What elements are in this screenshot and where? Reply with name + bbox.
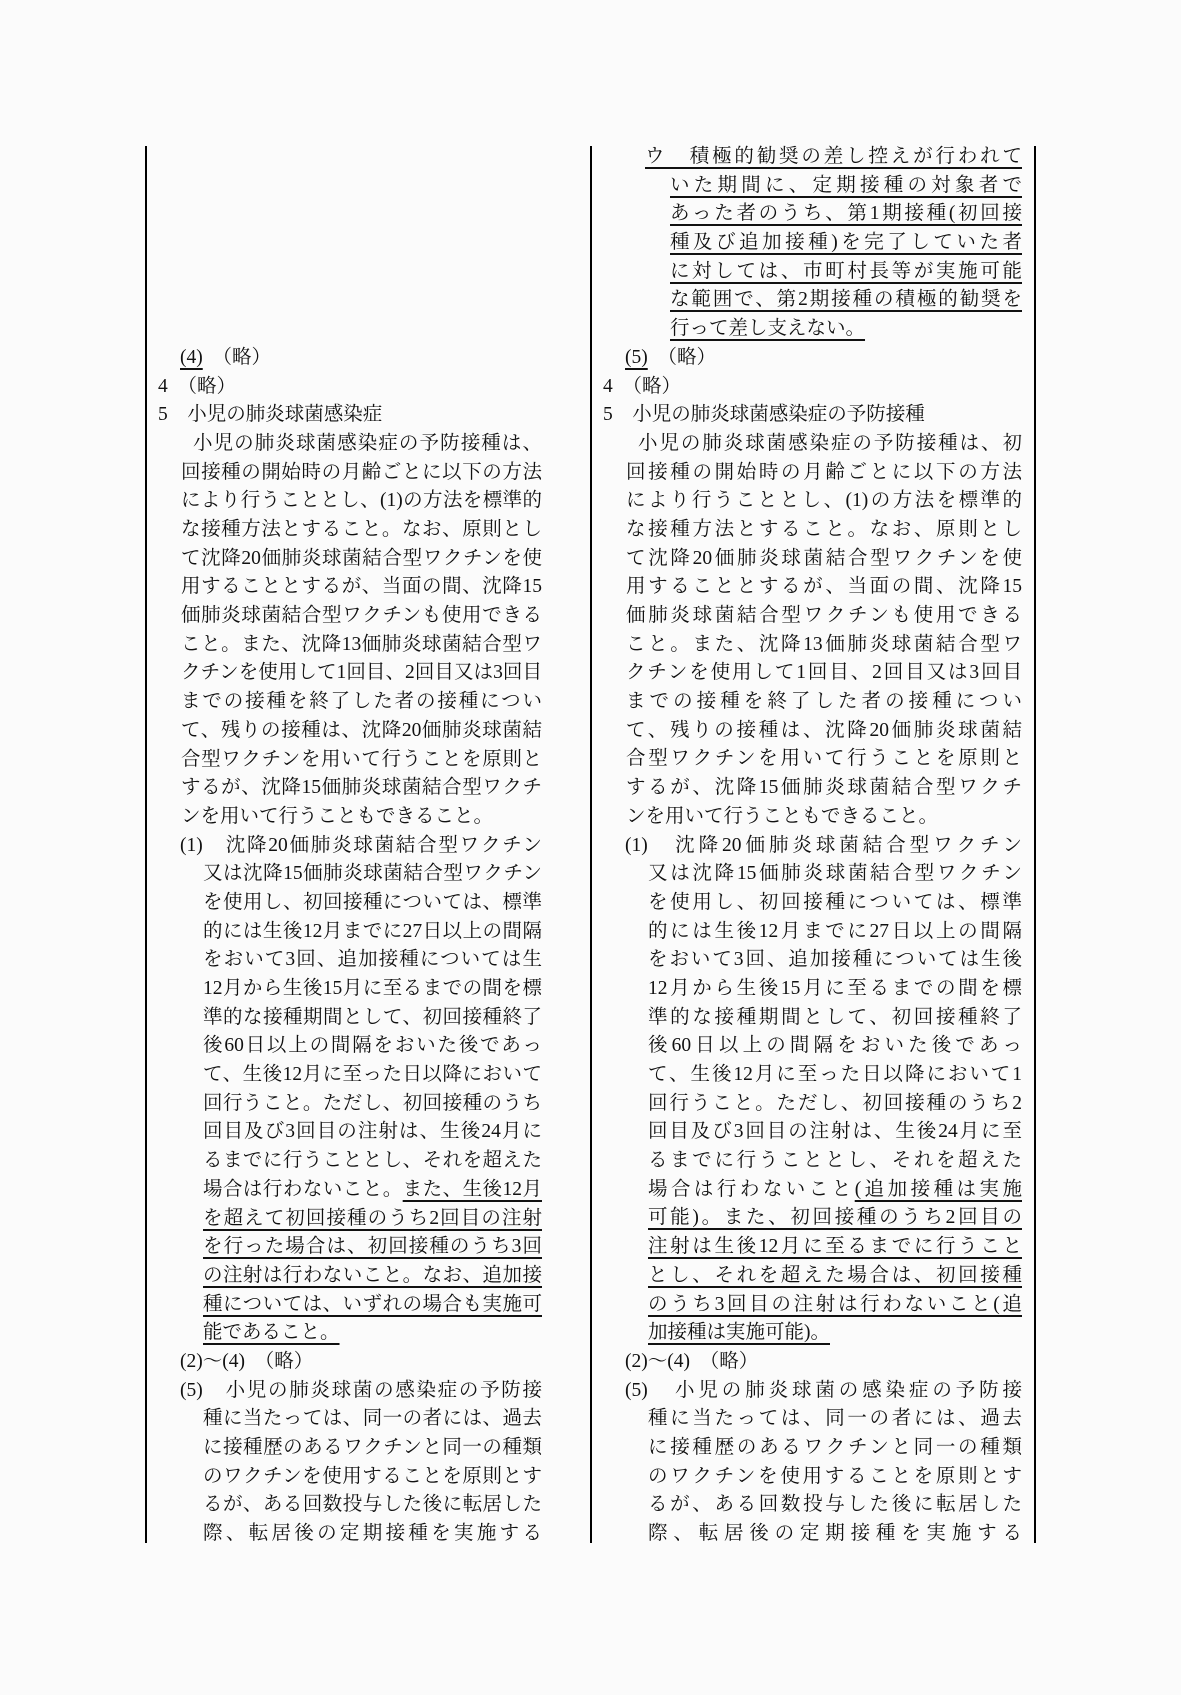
text-line: を使用し、初回接種については、標準 bbox=[591, 889, 1035, 918]
text-line: (1) 沈降20価肺炎球菌結合型ワクチン bbox=[146, 832, 591, 861]
text-line: 際、転居後の定期接種を実施する bbox=[591, 1520, 1035, 1549]
underlined-text-segment: 行って差し支えない。 bbox=[670, 318, 865, 339]
text-segment: 際、転居後の定期接種を実施する bbox=[648, 1523, 1022, 1544]
text-segment: るまでに行うこととし、それを超えた bbox=[203, 1150, 542, 1171]
underlined-text-segment: に対しては、市町村長等が実施可能 bbox=[670, 261, 1022, 282]
text-line: て、生後12月に至った日以降において1 bbox=[146, 1061, 591, 1090]
text-line: て、残りの接種は、沈降20価肺炎球菌結 bbox=[146, 717, 591, 746]
text-segment: るが、ある回数投与した後に転居した bbox=[203, 1494, 542, 1515]
text-line: するが、沈降15価肺炎球菌結合型ワクチ bbox=[146, 774, 591, 803]
text-line: るが、ある回数投与した後に転居した bbox=[591, 1491, 1035, 1520]
text-line: (5) （略） bbox=[591, 344, 1035, 373]
text-line: (2)〜(4) （略） bbox=[146, 1348, 591, 1377]
text-segment: 4 （略） bbox=[603, 376, 681, 397]
text-segment: て、残りの接種は、沈降20価肺炎球菌結 bbox=[181, 720, 542, 741]
text-segment: までの接種を終了した者の接種につい bbox=[181, 691, 542, 712]
underlined-text-segment: な範囲で、第2期接種の積極的勧奨を bbox=[670, 289, 1022, 310]
underlined-text-segment: 種及び追加接種)を完了していた者 bbox=[670, 232, 1022, 253]
text-line: 種に当たっては、同一の者には、過去 bbox=[591, 1405, 1035, 1434]
text-segment: ンを用いて行うこともできること。 bbox=[181, 806, 493, 827]
text-segment: 価肺炎球菌結合型ワクチンも使用できる bbox=[181, 605, 542, 626]
text-segment: 価肺炎球菌結合型ワクチンも使用できる bbox=[626, 605, 1022, 626]
text-segment: により行うこととし、(1)の方法を標準的 bbox=[181, 490, 542, 511]
text-line: をおいて3回、追加接種については生後 bbox=[591, 946, 1035, 975]
text-segment: までの接種を終了した者の接種につい bbox=[626, 691, 1022, 712]
text-segment: 12月から生後15月に至るまでの間を標 bbox=[203, 978, 542, 999]
underlined-text-segment: (4) bbox=[180, 347, 203, 368]
text-segment: 際、転居後の定期接種を実施する bbox=[203, 1523, 542, 1544]
text-segment: (1) 沈降20価肺炎球菌結合型ワクチン bbox=[625, 835, 1022, 856]
text-line: て、残りの接種は、沈降20価肺炎球菌結 bbox=[591, 717, 1035, 746]
text-segment: 12月から生後15月に至るまでの間を標 bbox=[648, 978, 1022, 999]
text-line: あった者のうち、第1期接種(初回接 bbox=[591, 200, 1035, 229]
text-segment: 種に当たっては、同一の者には、過去 bbox=[203, 1408, 542, 1429]
underlined-text-segment: ウ 積極的勧奨の差し控えが行われて bbox=[645, 146, 1022, 167]
underlined-text-segment: を超えて初回接種のうち2回目の注射 bbox=[203, 1208, 542, 1229]
text-line: 4 （略） bbox=[591, 373, 1035, 402]
text-line: 回接種の開始時の月齢ごとに以下の方法 bbox=[146, 459, 591, 488]
text-line: 場合は行わないこと。また、生後12月 bbox=[146, 1176, 591, 1205]
text-line: (5) 小児の肺炎球菌の感染症の予防接 bbox=[591, 1377, 1035, 1406]
text-line: 合型ワクチンを用いて行うことを原則と bbox=[146, 746, 591, 775]
text-line: 回行うこと。ただし、初回接種のうち2 bbox=[591, 1090, 1035, 1119]
text-segment: るまでに行うこととし、それを超えた bbox=[648, 1150, 1022, 1171]
text-line: (1) 沈降20価肺炎球菌結合型ワクチン bbox=[591, 832, 1035, 861]
text-line: (5) 小児の肺炎球菌の感染症の予防接 bbox=[146, 1377, 591, 1406]
text-line: 価肺炎球菌結合型ワクチンも使用できる bbox=[591, 602, 1035, 631]
text-line: の注射は行わないこと。なお、追加接 bbox=[146, 1262, 591, 1291]
text-line: こと。また、沈降13価肺炎球菌結合型ワ bbox=[591, 631, 1035, 660]
text-line: 小児の肺炎球菌感染症の予防接種は、初 bbox=[591, 430, 1035, 459]
underlined-text-segment: また、生後12月 bbox=[403, 1179, 542, 1200]
text-segment: （略） bbox=[648, 347, 716, 368]
text-segment: 的には生後12月までに27日以上の間隔 bbox=[203, 921, 542, 942]
text-line: のワクチンを使用することを原則とす bbox=[146, 1463, 591, 1492]
text-line: 後60日以上の間隔をおいた後であっ bbox=[146, 1032, 591, 1061]
comparison-column-left: (4) （略）4 （略）5 小児の肺炎球菌感染症小児の肺炎球菌感染症の予防接種は… bbox=[146, 344, 591, 1549]
text-segment: て沈降20価肺炎球菌結合型ワクチンを使 bbox=[626, 548, 1022, 569]
text-line: までの接種を終了した者の接種につい bbox=[591, 688, 1035, 717]
text-segment: 種に当たっては、同一の者には、過去 bbox=[648, 1408, 1022, 1429]
text-segment: 回接種の開始時の月齢ごとに以下の方法 bbox=[181, 462, 542, 483]
text-segment: するが、沈降15価肺炎球菌結合型ワクチ bbox=[181, 777, 542, 798]
text-segment: (2)〜(4) （略） bbox=[625, 1351, 758, 1372]
text-segment: (2)〜(4) （略） bbox=[180, 1351, 313, 1372]
text-segment: 準的な接種期間として、初回接種終了 bbox=[203, 1007, 542, 1028]
text-segment: 5 小児の肺炎球菌感染症の予防接種 bbox=[603, 404, 925, 425]
text-segment: (1) 沈降20価肺炎球菌結合型ワクチン bbox=[180, 835, 542, 856]
text-line: 回目及び3回目の注射は、生後24月に至 bbox=[591, 1118, 1035, 1147]
text-line: 準的な接種期間として、初回接種終了 bbox=[591, 1004, 1035, 1033]
text-segment: 小児の肺炎球菌感染症の予防接種は、初 bbox=[193, 433, 542, 459]
text-line: 12月から生後15月に至るまでの間を標 bbox=[591, 975, 1035, 1004]
text-segment: のワクチンを使用することを原則とす bbox=[203, 1466, 542, 1487]
text-line: こと。また、沈降13価肺炎球菌結合型ワ bbox=[146, 631, 591, 660]
text-segment: て、残りの接種は、沈降20価肺炎球菌結 bbox=[626, 720, 1022, 741]
text-segment: 用することとするが、当面の間、沈降15 bbox=[626, 576, 1022, 597]
text-line: 小児の肺炎球菌感染症の予防接種は、初 bbox=[146, 430, 591, 459]
text-line: るまでに行うこととし、それを超えた bbox=[591, 1147, 1035, 1176]
text-line: 場合は行わないこと(追加接種は実施 bbox=[591, 1176, 1035, 1205]
text-segment: するが、沈降15価肺炎球菌結合型ワクチ bbox=[626, 777, 1022, 798]
text-line: に接種歴のあるワクチンと同一の種類 bbox=[146, 1434, 591, 1463]
text-segment: 4 （略） bbox=[158, 376, 236, 397]
text-line: を行った場合は、初回接種のうち3回目 bbox=[146, 1233, 591, 1262]
text-segment: により行うこととし、(1)の方法を標準的 bbox=[626, 490, 1022, 511]
text-segment: ンを用いて行うこともできること。 bbox=[626, 806, 938, 827]
text-line: 際、転居後の定期接種を実施する bbox=[146, 1520, 591, 1549]
text-line: 行って差し支えない。 bbox=[591, 315, 1035, 344]
text-line: (4) （略） bbox=[146, 344, 591, 373]
text-line: に対しては、市町村長等が実施可能 bbox=[591, 258, 1035, 287]
underlined-text-segment: 種については、いずれの場合も実施可 bbox=[203, 1294, 542, 1315]
text-line: により行うこととし、(1)の方法を標準的 bbox=[591, 487, 1035, 516]
text-segment: 回目及び3回目の注射は、生後24月に至 bbox=[203, 1121, 542, 1147]
text-line: (2)〜(4) （略） bbox=[591, 1348, 1035, 1377]
text-line: により行うこととし、(1)の方法を標準的 bbox=[146, 487, 591, 516]
text-line: て沈降20価肺炎球菌結合型ワクチンを使 bbox=[146, 545, 591, 574]
text-line: を超えて初回接種のうち2回目の注射 bbox=[146, 1205, 591, 1234]
text-segment: 用することとするが、当面の間、沈降15 bbox=[181, 576, 542, 597]
text-segment: 場合は行わないこと。 bbox=[203, 1179, 403, 1200]
text-line: 合型ワクチンを用いて行うことを原則と bbox=[591, 745, 1035, 774]
text-segment: て沈降20価肺炎球菌結合型ワクチンを使 bbox=[181, 548, 542, 569]
text-line: 能であること。 bbox=[146, 1319, 591, 1348]
underlined-text-segment: 注射は生後12月に至るまでに行うこと bbox=[648, 1236, 1022, 1257]
text-segment: 後60日以上の間隔をおいた後であっ bbox=[203, 1035, 542, 1056]
text-segment: 回行うこと。ただし、初回接種のうち2 bbox=[203, 1093, 542, 1119]
text-segment: 回目及び3回目の注射は、生後24月に至 bbox=[648, 1121, 1022, 1142]
text-line: 種に当たっては、同一の者には、過去 bbox=[146, 1405, 591, 1434]
text-line: るまでに行うこととし、それを超えた bbox=[146, 1147, 591, 1176]
underlined-text-segment: いた期間に、定期接種の対象者で bbox=[670, 175, 1022, 196]
text-segment: 小児の肺炎球菌感染症の予防接種は、初 bbox=[638, 433, 1022, 454]
text-line: 的には生後12月までに27日以上の間隔 bbox=[591, 918, 1035, 947]
text-line: 回目及び3回目の注射は、生後24月に至 bbox=[146, 1118, 591, 1147]
text-line: に接種歴のあるワクチンと同一の種類 bbox=[591, 1434, 1035, 1463]
comparison-column-right: ウ 積極的勧奨の差し控えが行われていた期間に、定期接種の対象者であった者のうち、… bbox=[591, 143, 1035, 1549]
text-segment: 場合は行わないこと bbox=[648, 1179, 855, 1200]
text-line: 回接種の開始時の月齢ごとに以下の方法 bbox=[591, 459, 1035, 488]
text-segment: クチンを使用して1回目、2回目又は3回目 bbox=[626, 662, 1022, 683]
text-segment: 準的な接種期間として、初回接種終了 bbox=[648, 1007, 1022, 1028]
text-segment: て、生後12月に至った日以降において1 bbox=[203, 1064, 542, 1090]
text-segment: 回行うこと。ただし、初回接種のうち2 bbox=[648, 1093, 1022, 1114]
underlined-text-segment: の注射は行わないこと。なお、追加接 bbox=[203, 1265, 542, 1286]
text-segment: 回接種の開始時の月齢ごとに以下の方法 bbox=[626, 462, 1022, 483]
text-line: ンを用いて行うこともできること。 bbox=[591, 803, 1035, 832]
text-line: な接種方法とすること。なお、原則とし bbox=[591, 516, 1035, 545]
underlined-text-segment: 能であること。 bbox=[203, 1322, 340, 1343]
text-line: 種及び追加接種)を完了していた者 bbox=[591, 229, 1035, 258]
text-line: るが、ある回数投与した後に転居した bbox=[146, 1491, 591, 1520]
underlined-text-segment: を行った場合は、初回接種のうち3回目 bbox=[203, 1236, 542, 1262]
text-segment: 5 小児の肺炎球菌感染症 bbox=[158, 404, 382, 425]
text-segment: (5) 小児の肺炎球菌の感染症の予防接 bbox=[180, 1380, 542, 1401]
text-line: 回行うこと。ただし、初回接種のうち2 bbox=[146, 1090, 591, 1119]
text-line: 5 小児の肺炎球菌感染症の予防接種 bbox=[591, 401, 1035, 430]
text-segment: のワクチンを使用することを原則とす bbox=[648, 1466, 1022, 1487]
text-segment: 又は沈降15価肺炎球菌結合型ワクチン bbox=[648, 863, 1022, 884]
text-segment: を使用し、初回接種については、標準 bbox=[648, 892, 1022, 913]
text-line: までの接種を終了した者の接種につい bbox=[146, 688, 591, 717]
text-segment: (5) 小児の肺炎球菌の感染症の予防接 bbox=[625, 1380, 1022, 1401]
text-segment: に接種歴のあるワクチンと同一の種類 bbox=[203, 1437, 542, 1458]
text-segment: をおいて3回、追加接種については生後 bbox=[203, 949, 542, 975]
text-line: をおいて3回、追加接種については生後 bbox=[146, 946, 591, 975]
text-line: とし、それを超えた場合は、初回接種 bbox=[591, 1262, 1035, 1291]
text-line: クチンを使用して1回目、2回目又は3回目 bbox=[146, 659, 591, 688]
text-line: 価肺炎球菌結合型ワクチンも使用できる bbox=[146, 602, 591, 631]
text-segment: をおいて3回、追加接種については生後 bbox=[648, 949, 1022, 970]
text-line: 後60日以上の間隔をおいた後であっ bbox=[591, 1032, 1035, 1061]
text-segment: な接種方法とすること。なお、原則とし bbox=[181, 519, 542, 540]
text-line: ウ 積極的勧奨の差し控えが行われて bbox=[591, 143, 1035, 172]
underlined-text-segment: 可能)。また、初回接種のうち2回目の bbox=[648, 1207, 1022, 1228]
text-line: ンを用いて行うこともできること。 bbox=[146, 803, 591, 832]
text-line: 可能)。また、初回接種のうち2回目の bbox=[591, 1204, 1035, 1233]
text-line: て沈降20価肺炎球菌結合型ワクチンを使 bbox=[591, 545, 1035, 574]
underlined-text-segment: のうち3回目の注射は行わないこと(追 bbox=[648, 1294, 1022, 1315]
text-line: 用することとするが、当面の間、沈降15 bbox=[591, 573, 1035, 602]
text-segment: こと。また、沈降13価肺炎球菌結合型ワ bbox=[181, 634, 542, 655]
underlined-text-segment: あった者のうち、第1期接種(初回接 bbox=[670, 203, 1022, 224]
text-line: するが、沈降15価肺炎球菌結合型ワクチ bbox=[591, 774, 1035, 803]
text-line: のワクチンを使用することを原則とす bbox=[591, 1463, 1035, 1492]
text-segment: に接種歴のあるワクチンと同一の種類 bbox=[648, 1437, 1022, 1458]
text-segment: こと。また、沈降13価肺炎球菌結合型ワ bbox=[626, 634, 1022, 655]
text-segment: 又は沈降15価肺炎球菌結合型ワクチン bbox=[203, 863, 542, 884]
text-segment: 合型ワクチンを用いて行うことを原則と bbox=[626, 748, 1022, 769]
text-segment: 後60日以上の間隔をおいた後であっ bbox=[648, 1035, 1022, 1056]
text-line: て、生後12月に至った日以降において1 bbox=[591, 1061, 1035, 1090]
text-segment: （略） bbox=[203, 347, 271, 368]
text-line: 用することとするが、当面の間、沈降15 bbox=[146, 573, 591, 602]
document-page: { "page": { "background": "#fbfbfb", "ru… bbox=[0, 0, 1181, 1695]
text-line: 加接種は実施可能)。 bbox=[591, 1319, 1035, 1348]
text-line: 又は沈降15価肺炎球菌結合型ワクチン bbox=[591, 860, 1035, 889]
text-segment: 合型ワクチンを用いて行うことを原則と bbox=[181, 749, 542, 770]
text-line: 的には生後12月までに27日以上の間隔 bbox=[146, 918, 591, 947]
text-line: のうち3回目の注射は行わないこと(追 bbox=[591, 1291, 1035, 1320]
text-line: 種については、いずれの場合も実施可 bbox=[146, 1291, 591, 1320]
underlined-text-segment: (5) bbox=[625, 347, 648, 368]
text-line: 12月から生後15月に至るまでの間を標 bbox=[146, 975, 591, 1004]
text-line: を使用し、初回接種については、標準 bbox=[146, 889, 591, 918]
text-segment: を使用し、初回接種については、標準 bbox=[203, 892, 542, 913]
text-line: 注射は生後12月に至るまでに行うこと bbox=[591, 1233, 1035, 1262]
underlined-text-segment: 加接種は実施可能)。 bbox=[648, 1322, 830, 1343]
text-line: な接種方法とすること。なお、原則とし bbox=[146, 516, 591, 545]
text-line: 準的な接種期間として、初回接種終了 bbox=[146, 1004, 591, 1033]
text-line: クチンを使用して1回目、2回目又は3回目 bbox=[591, 659, 1035, 688]
underlined-text-segment: (追加接種は実施 bbox=[855, 1179, 1022, 1200]
text-line: 4 （略） bbox=[146, 373, 591, 402]
text-line: いた期間に、定期接種の対象者で bbox=[591, 172, 1035, 201]
text-segment: るが、ある回数投与した後に転居した bbox=[648, 1494, 1022, 1515]
text-line: 5 小児の肺炎球菌感染症 bbox=[146, 401, 591, 430]
text-segment: クチンを使用して1回目、2回目又は3回目 bbox=[181, 662, 542, 683]
text-line: な範囲で、第2期接種の積極的勧奨を bbox=[591, 286, 1035, 315]
underlined-text-segment: とし、それを超えた場合は、初回接種 bbox=[648, 1265, 1022, 1286]
text-segment: 的には生後12月までに27日以上の間隔 bbox=[648, 921, 1022, 942]
text-line: 又は沈降15価肺炎球菌結合型ワクチン bbox=[146, 860, 591, 889]
text-segment: な接種方法とすること。なお、原則とし bbox=[626, 519, 1022, 540]
text-segment: て、生後12月に至った日以降において1 bbox=[648, 1064, 1022, 1085]
